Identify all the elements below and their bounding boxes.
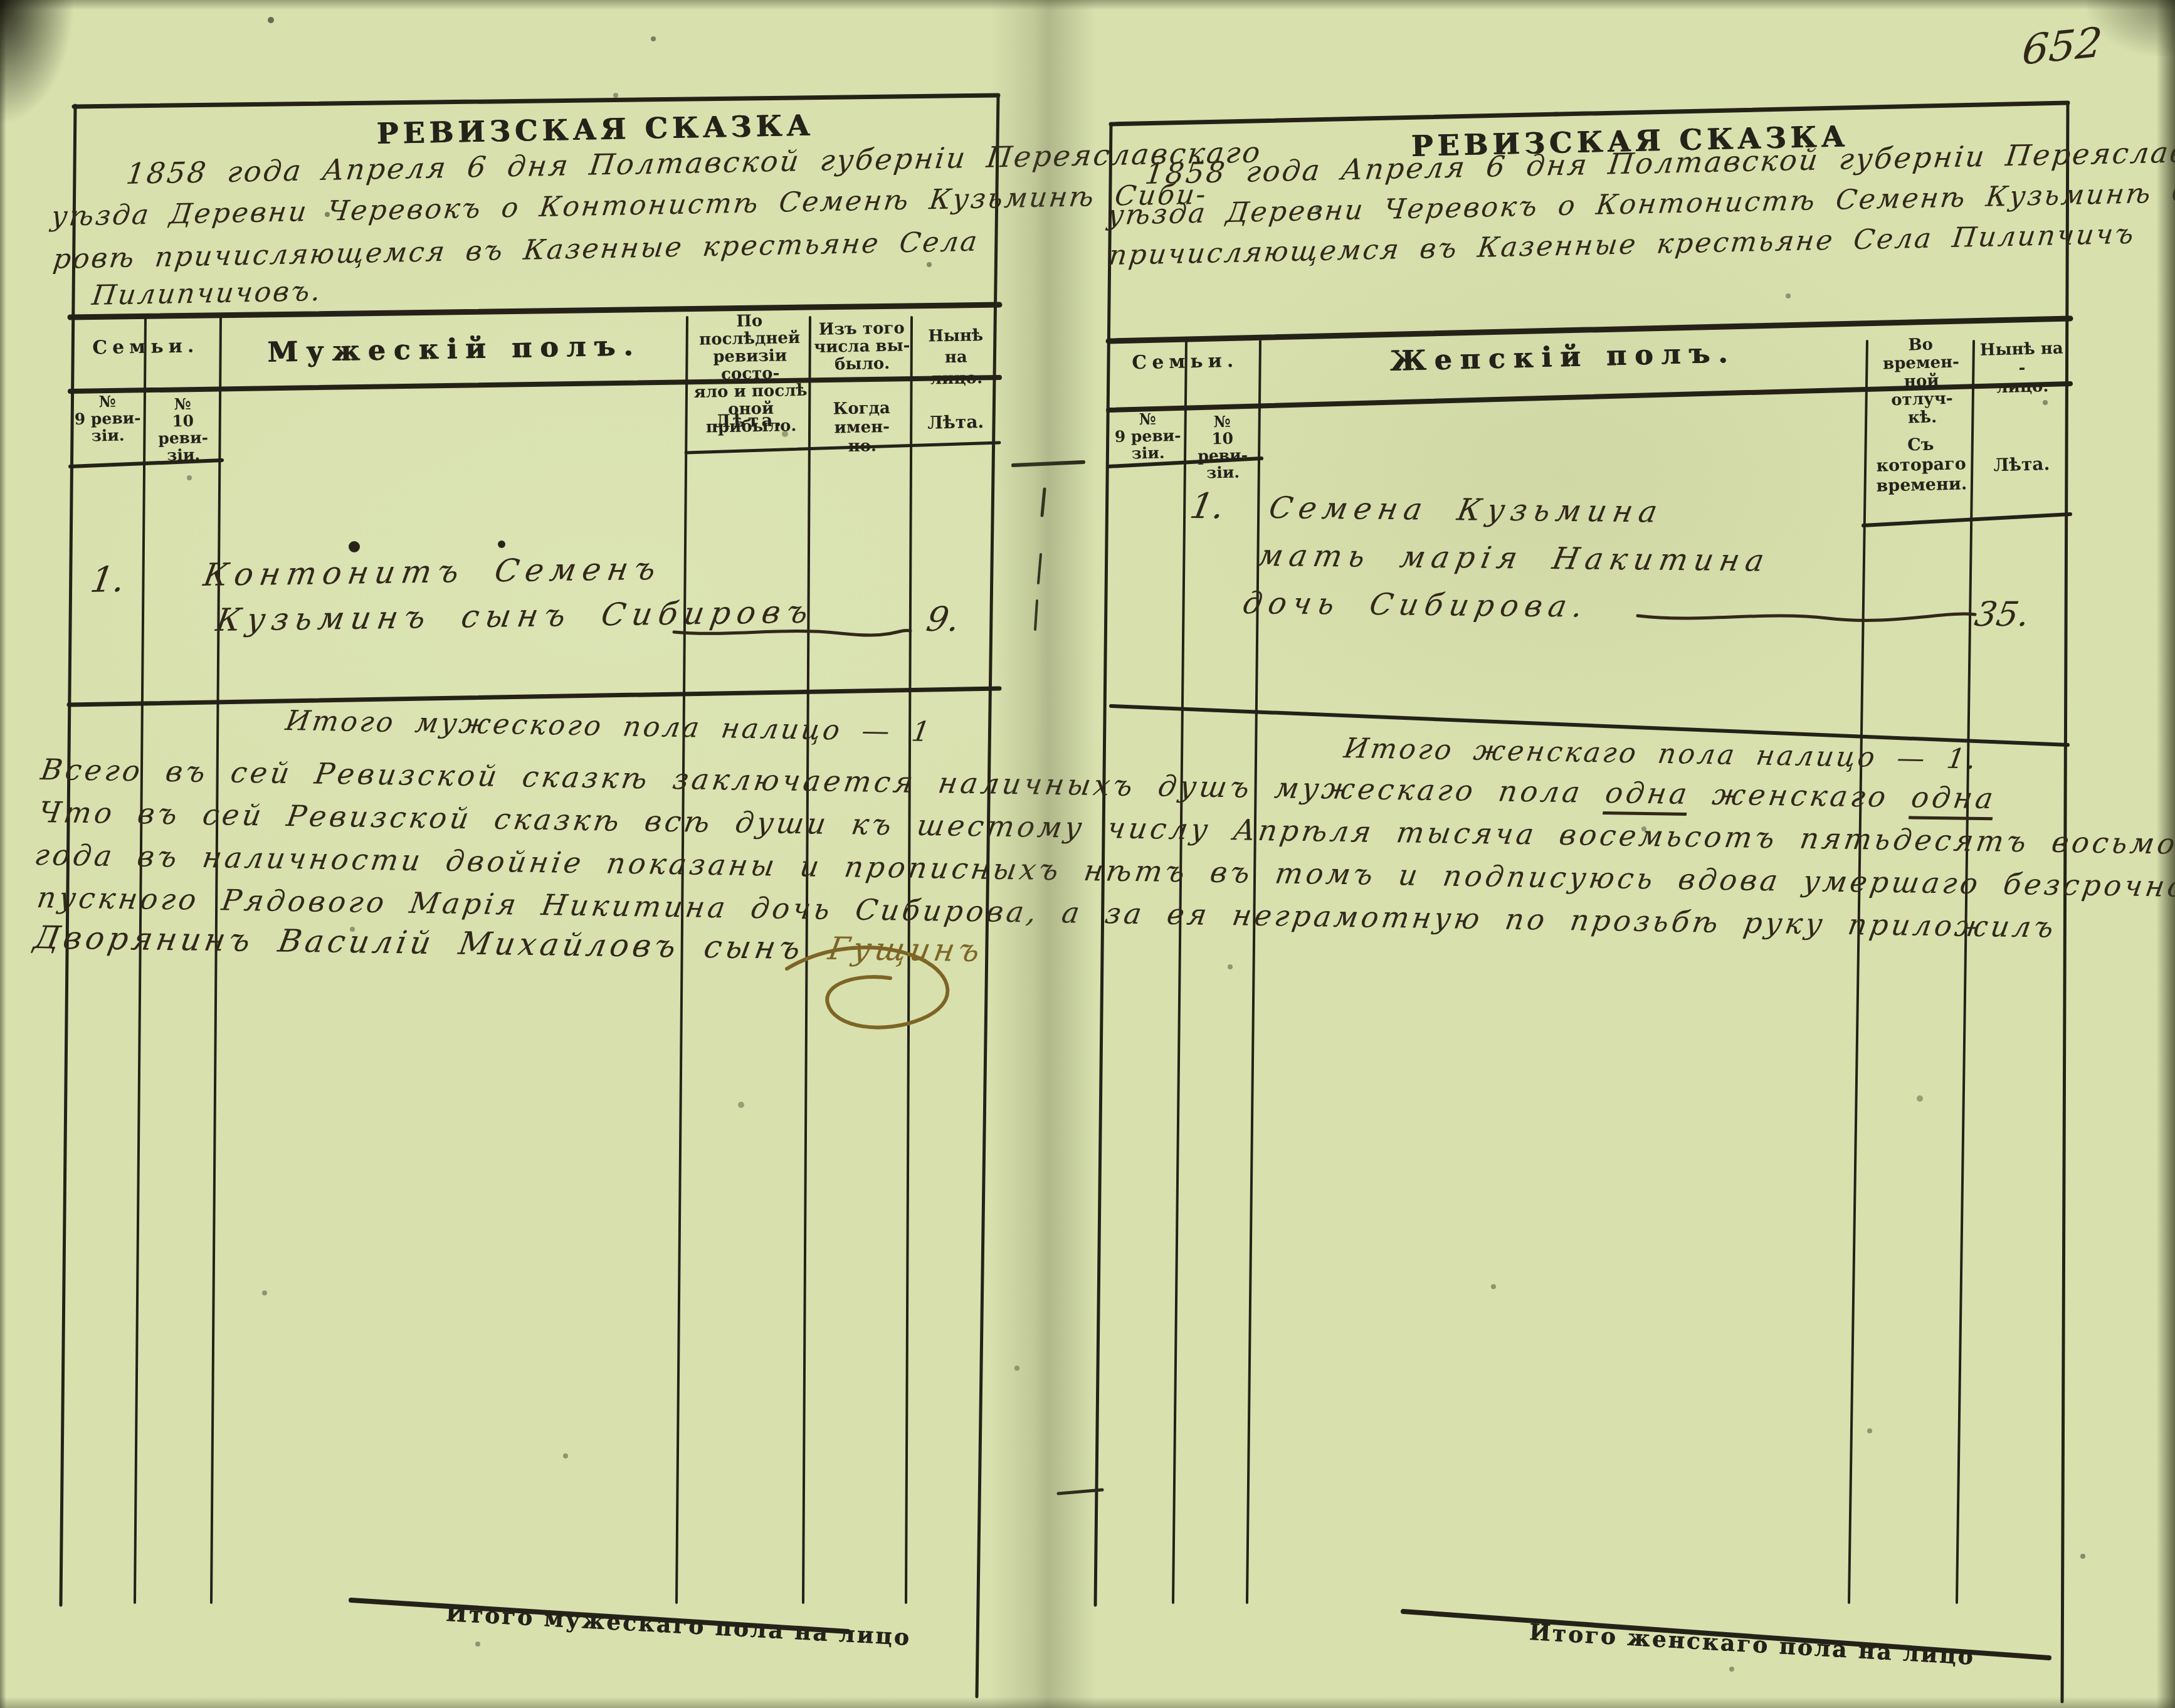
left-col-last-revision-line: ревизіи состо- xyxy=(690,347,810,384)
left-col-departed-line: Изъ того xyxy=(813,319,910,339)
right-col-present-line: лицо. xyxy=(1977,376,2068,398)
right-col-present-line: Нынѣ на xyxy=(1976,339,2067,360)
right-col-rev9-line: зіи. xyxy=(1112,444,1184,462)
closing-line-1-underlined-word: одна xyxy=(1909,780,1999,820)
left-col-rev10-line: № xyxy=(145,395,219,413)
right-entry-age: 35. xyxy=(1972,594,2033,634)
revision-list-scan: 652 РЕВИЗСКАЯ СКАЗКА 1858 года Апреля 6 … xyxy=(0,0,2175,1708)
left-subcol-when-line: но. xyxy=(813,436,911,456)
left-col-rev10-line: зіи. xyxy=(146,446,220,464)
right-col-temp-absence-line: кѣ. xyxy=(1872,408,1974,428)
right-col-temp-absence: Во времен- ной отлуч- кѣ. xyxy=(1870,335,1973,428)
binding-stitches xyxy=(1013,462,1102,1494)
left-col-departed-line: было. xyxy=(813,354,911,374)
right-col-present: Нынѣ на - лицо. xyxy=(1976,339,2068,397)
ink-blots xyxy=(349,540,505,552)
left-col-rev10: № 10 реви- зіи. xyxy=(145,395,221,464)
right-entry-name-line-1: Семена Кузьмина xyxy=(1267,490,1667,530)
left-subcol-when-line: Когда имен- xyxy=(813,398,911,438)
right-subcol-since-line: Съ котораго xyxy=(1870,434,1972,477)
left-header-line-4: Пилипчичовъ. xyxy=(90,275,324,312)
left-col-rev9: № 9 реви- зіи. xyxy=(70,393,145,445)
right-col-rev9-line: 9 реви- xyxy=(1111,427,1184,445)
closing-line-1-underlined-word: одна xyxy=(1602,776,1692,816)
left-subcol-leta-1: Лѣта. xyxy=(690,409,809,432)
left-col-rev9-line: № xyxy=(70,393,144,411)
right-subcol-leta: Лѣта. xyxy=(1976,453,2067,476)
right-col-present-line: - xyxy=(1977,357,2068,379)
right-entry-name-line-3: дочь Сибирова. xyxy=(1240,586,1592,625)
right-col-rev9-line: № xyxy=(1111,410,1184,428)
left-col-departed-line: числа вы- xyxy=(813,337,910,356)
closing-signature: Гущинъ xyxy=(826,930,986,969)
left-entry-family-number: 1. xyxy=(88,559,128,601)
left-col-present-line: лицо. xyxy=(915,367,998,390)
right-col-rev10-line: № xyxy=(1185,413,1259,431)
right-col-rev10-line: зіи. xyxy=(1186,463,1260,482)
left-col-rev9-line: зіи. xyxy=(71,426,145,445)
right-col-rev9: № 9 реви- зіи. xyxy=(1111,410,1184,462)
left-col-family: Семьи. xyxy=(70,335,221,359)
left-col-last-revision-line: яло и послѣ xyxy=(691,382,810,401)
left-subcol-when: Когда имен- но. xyxy=(813,398,912,456)
right-col-family: Семьи. xyxy=(1111,349,1260,374)
left-col-departed: Изъ того числа вы- было. xyxy=(813,319,911,374)
right-col-temp-absence-line: ной отлуч- xyxy=(1870,371,1972,410)
left-col-present: Нынѣ на лицо. xyxy=(914,325,998,390)
left-subcol-leta-2: Лѣта. xyxy=(914,411,998,433)
right-subcol-since: Съ котораго времени. xyxy=(1870,434,1972,497)
page-number: 652 xyxy=(2021,18,2104,75)
right-col-rev10-line: 10 реви- xyxy=(1185,430,1260,465)
left-col-rev10-line: 10 реви- xyxy=(145,412,220,447)
right-col-rev10: № 10 реви- зіи. xyxy=(1185,413,1260,482)
left-entry-name-line-1: Контонитъ Семенъ xyxy=(201,551,665,593)
left-col-present-line: Нынѣ на xyxy=(914,325,998,369)
right-entry-name-line-2: мать марія Накитина xyxy=(1255,538,1773,579)
right-col-temp-absence-line: Во времен- xyxy=(1870,335,1972,374)
right-subcol-since-line: времени. xyxy=(1871,474,1973,497)
left-col-last-revision-line: По послѣдней xyxy=(690,312,809,349)
closing-line-1-text: женскаго xyxy=(1687,777,1914,814)
left-col-rev9-line: 9 реви- xyxy=(70,409,144,428)
